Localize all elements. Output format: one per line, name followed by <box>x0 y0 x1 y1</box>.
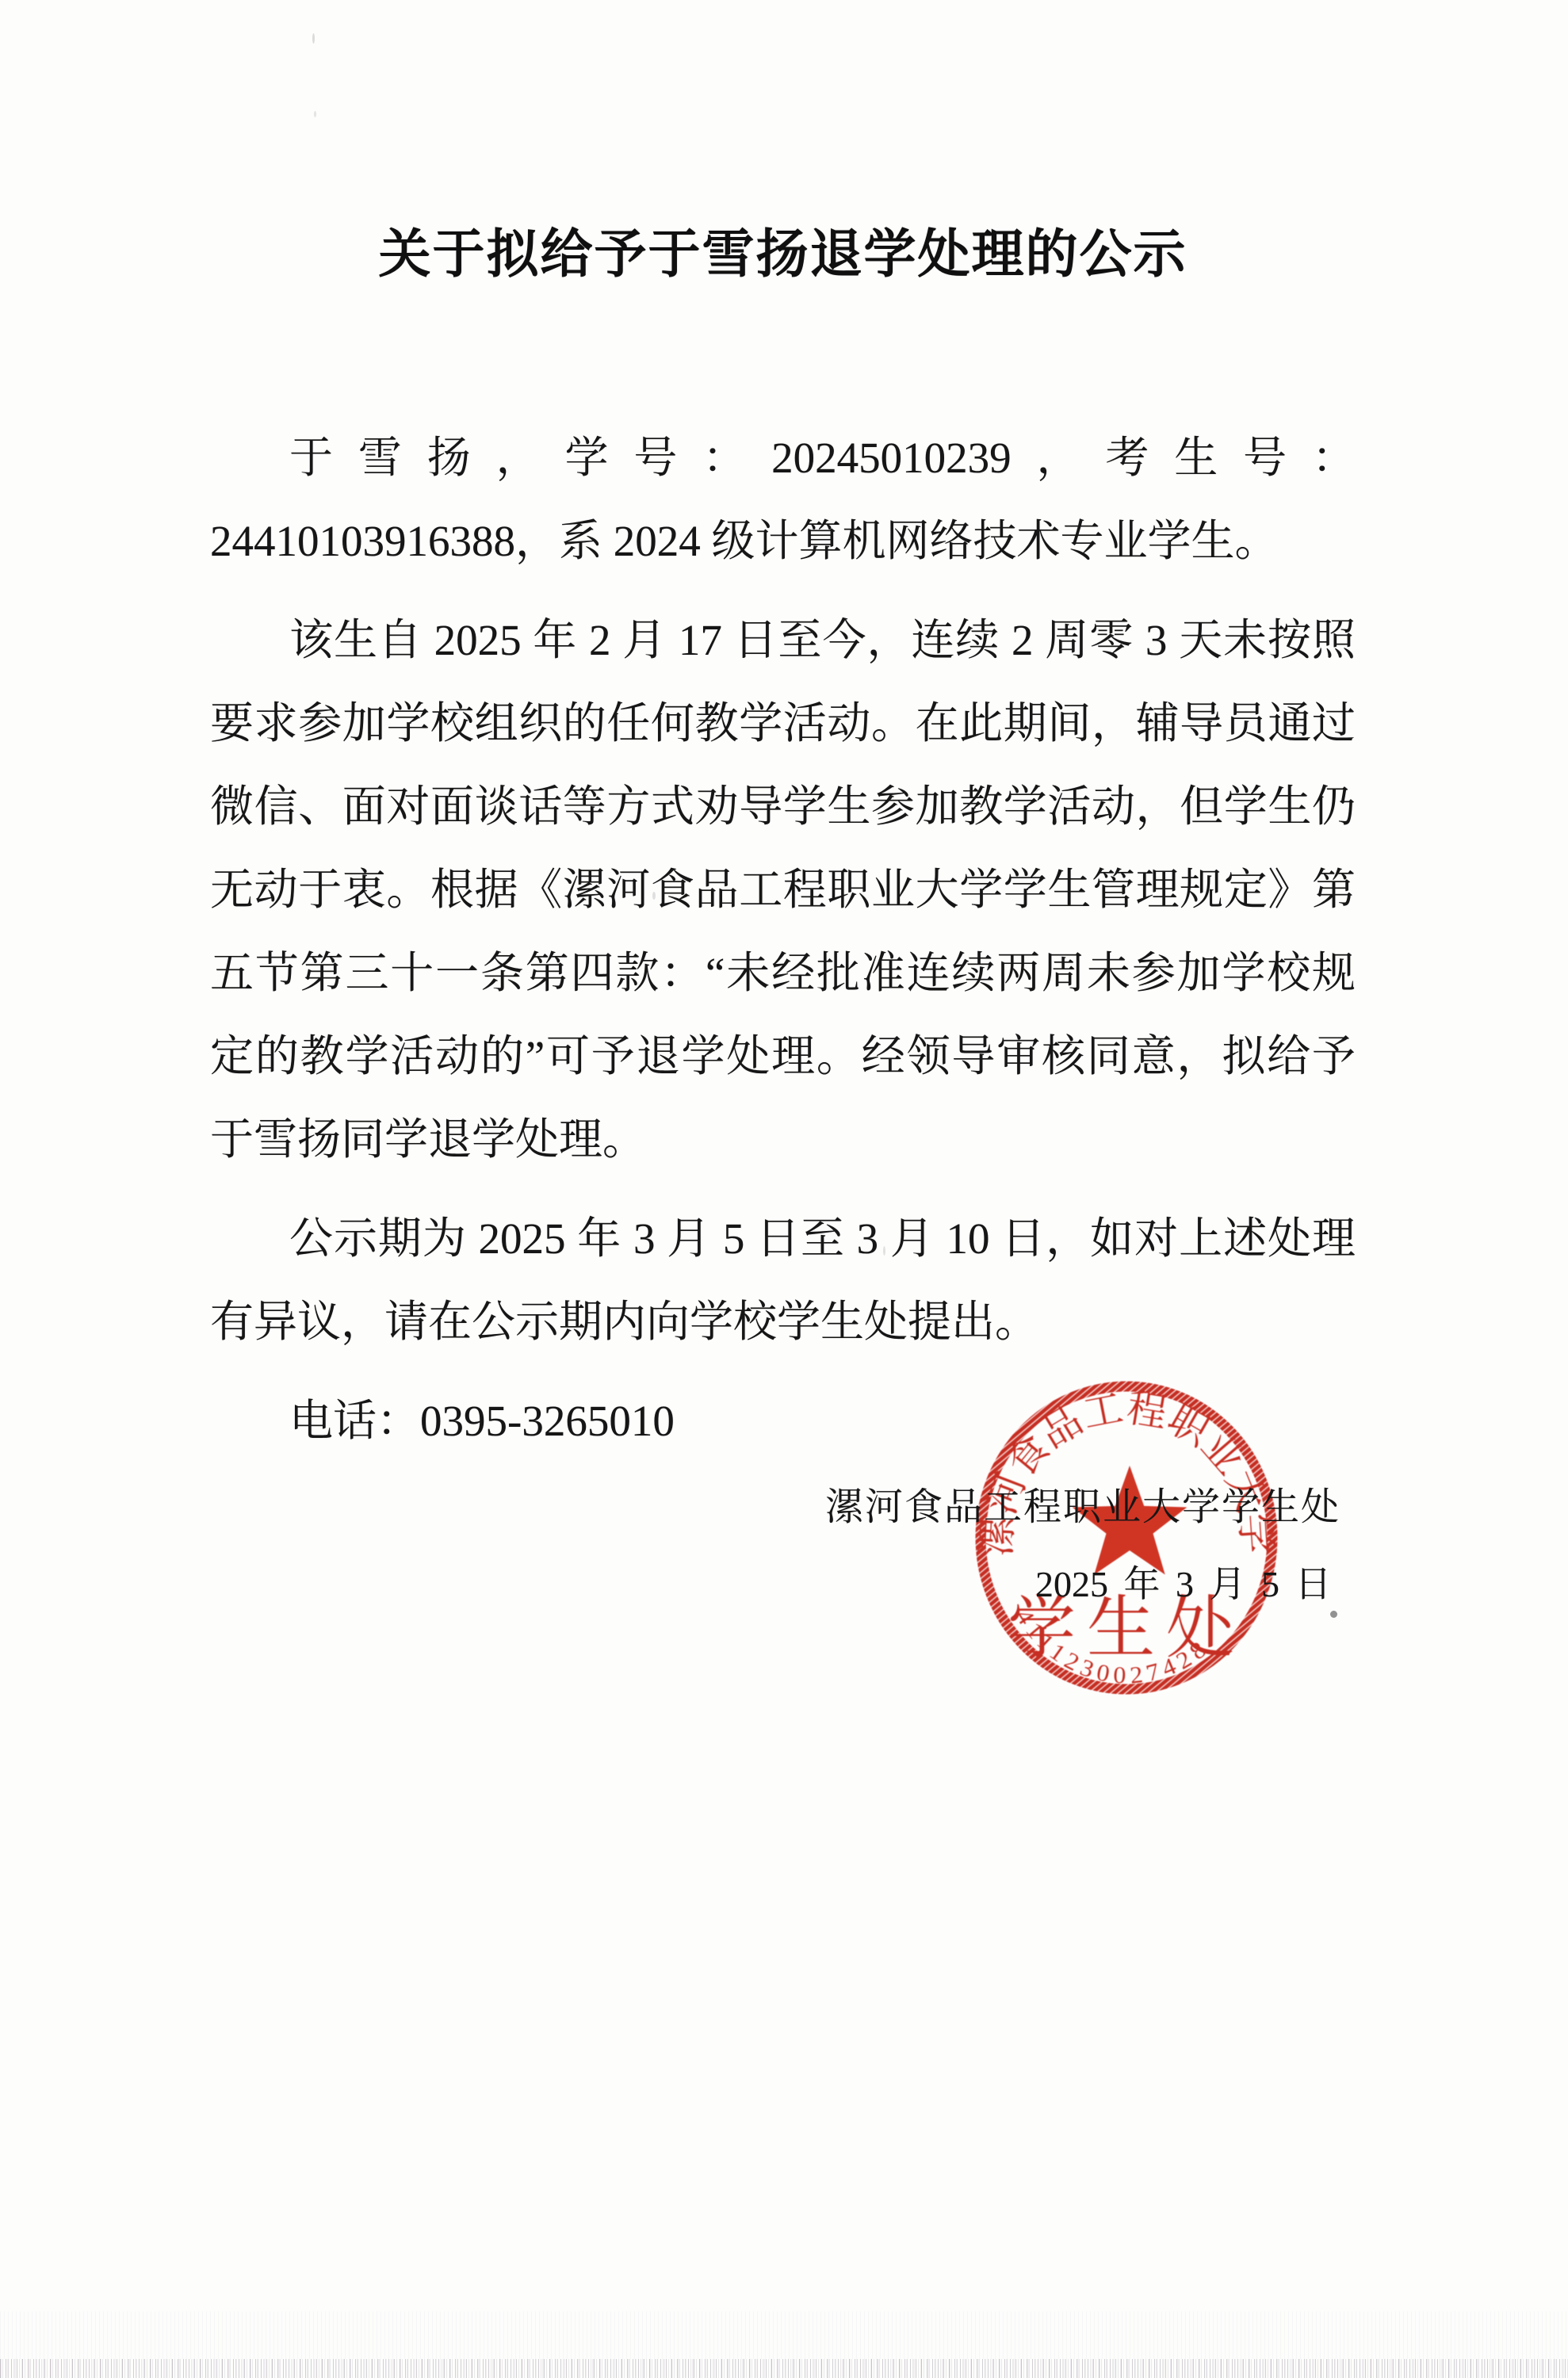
scan-noise-faint <box>0 2311 1568 2359</box>
date-line: 2025 年 3 月 5 日 <box>1035 1555 1332 1608</box>
notice-title: 关于拟给予于雪扬退学处理的公示 <box>210 226 1356 285</box>
scanned-notice-page: 关于拟给予于雪扬退学处理的公示 于雪扬，学号：20245010239，考生号：2… <box>0 0 1568 2378</box>
scan-speck <box>652 892 656 900</box>
signature-line: 漯河食品工程职业大学学生处 <box>825 1476 1340 1531</box>
official-seal: 漯河食品工程职业大学 学生处 4111230027428 <box>970 1378 1283 1698</box>
notice-body: 关于拟给予于雪扬退学处理的公示 于雪扬，学号：20245010239，考生号：2… <box>210 226 1356 1478</box>
scan-speck <box>312 33 315 44</box>
scan-speck <box>314 111 316 117</box>
scan-speck <box>1330 1611 1337 1618</box>
scan-noise-band <box>0 2359 1568 2378</box>
body-paragraph-2: 该生自 2025 年 2 月 17 日至今，连续 2 周零 3 天未按照要求参加… <box>210 598 1356 1181</box>
body-paragraph-3: 公示期为 2025 年 3 月 5 日至 3 月 10 日，如对上述处理有异议，… <box>210 1197 1356 1363</box>
scan-speck <box>883 1246 885 1256</box>
body-paragraph-1: 于雪扬，学号：20245010239，考生号：24410103916388，系 … <box>210 416 1356 583</box>
